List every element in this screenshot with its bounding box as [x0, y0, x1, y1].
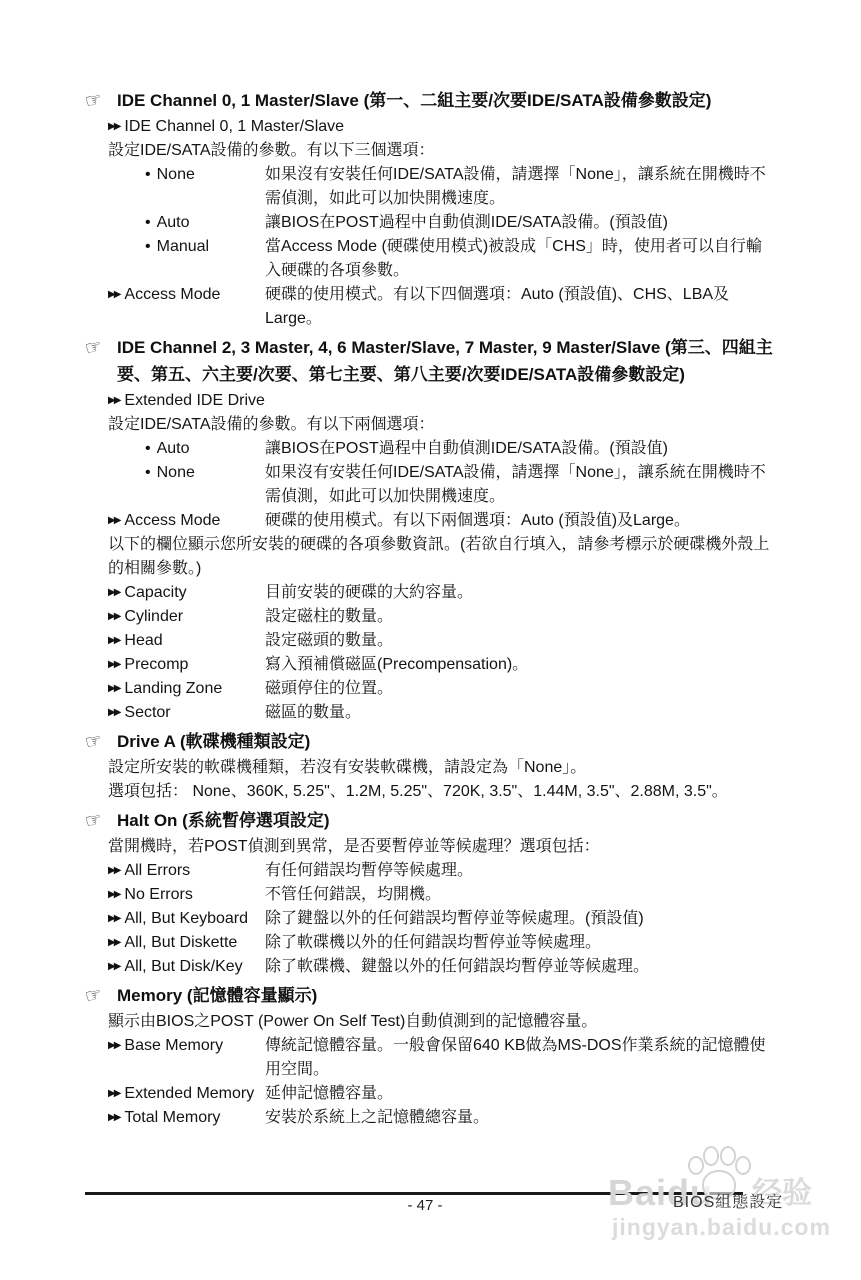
- item-label: ▶▶Capacity: [108, 581, 265, 605]
- paragraph: 選項包括： None、360K, 5.25"、1.2M, 5.25"、720K,…: [108, 780, 775, 804]
- footer-section-label: BIOS組態設定: [673, 1189, 783, 1212]
- item-row: ▶▶Cylinder設定磁柱的數量。: [108, 605, 777, 629]
- section-title: Halt On (系統暫停選項設定): [117, 807, 777, 834]
- double-arrow-icon: ▶▶: [108, 581, 119, 605]
- item-label: ▶▶Base Memory: [108, 1034, 265, 1058]
- section-title: Memory (記憶體容量顯示): [117, 982, 777, 1009]
- item-description: 延伸記憶體容量。: [265, 1082, 777, 1106]
- item-label: ▶▶Head: [108, 629, 265, 653]
- double-arrow-icon: ▶▶: [108, 509, 119, 533]
- section-body: 設定所安裝的軟碟機種類，若沒有安裝軟碟機，請設定為「None」。選項包括： No…: [108, 756, 777, 804]
- item-label: ▶▶All Errors: [108, 859, 265, 883]
- item-description: 不管任何錯誤，均開機。: [265, 883, 777, 907]
- bullet-row: •Auto讓BIOS在POST過程中自動偵測IDE/SATA設備。(預設值): [108, 211, 777, 235]
- paragraph: 以下的欄位顯示您所安裝的硬碟的各項參數資訊。(若欲自行填入，請參考標示於硬碟機外…: [108, 533, 775, 581]
- pointing-hand-icon: ☞: [83, 725, 120, 757]
- bullet-label: •None: [108, 163, 265, 187]
- section-body: 顯示由BIOS之POST (Power On Self Test)自動偵測到的記…: [108, 1010, 777, 1130]
- item-description: 設定磁柱的數量。: [265, 605, 777, 629]
- item-description: 磁區的數量。: [265, 701, 777, 725]
- double-arrow-icon: ▶▶: [108, 283, 119, 307]
- bullet-icon: •: [145, 461, 151, 485]
- pointing-hand-icon: ☞: [83, 979, 120, 1011]
- section-header: ☞IDE Channel 0, 1 Master/Slave (第一、二組主要/…: [85, 87, 777, 114]
- item-row: ▶▶All, But Keyboard除了鍵盤以外的任何錯誤均暫停並等候處理。(…: [108, 907, 777, 931]
- section: ☞IDE Channel 2, 3 Master, 4, 6 Master/Sl…: [85, 334, 777, 725]
- double-arrow-icon: ▶▶: [108, 677, 119, 701]
- bullet-label: •Manual: [108, 235, 265, 259]
- paragraph: 顯示由BIOS之POST (Power On Self Test)自動偵測到的記…: [108, 1010, 775, 1034]
- item-row: ▶▶Precomp寫入預補償磁區(Precompensation)。: [108, 653, 777, 677]
- item-row: ▶▶Head設定磁頭的數量。: [108, 629, 777, 653]
- item-label: ▶▶Access Mode: [108, 283, 265, 307]
- section: ☞Memory (記憶體容量顯示)顯示由BIOS之POST (Power On …: [85, 982, 777, 1130]
- double-arrow-icon: ▶▶: [108, 605, 119, 629]
- item-row: ▶▶Access Mode硬碟的使用模式。有以下四個選項：Auto (預設值)、…: [108, 283, 777, 331]
- sub-item-label: ▶▶Extended IDE Drive: [108, 389, 265, 413]
- sections: ☞IDE Channel 0, 1 Master/Slave (第一、二組主要/…: [85, 84, 777, 1130]
- item-description: 有任何錯誤均暫停等候處理。: [265, 859, 777, 883]
- pointing-hand-icon: ☞: [83, 331, 120, 363]
- bullet-description: 讓BIOS在POST過程中自動偵測IDE/SATA設備。(預設值): [265, 437, 777, 461]
- item-label: ▶▶Access Mode: [108, 509, 265, 533]
- watermark-url: jingyan.baidu.com: [612, 1214, 831, 1241]
- bullet-icon: •: [145, 437, 151, 461]
- pointing-hand-icon: ☞: [83, 84, 120, 116]
- section-header: ☞Drive A (軟碟機種類設定): [85, 728, 777, 755]
- item-description: 除了軟碟機以外的任何錯誤均暫停並等候處理。: [265, 931, 777, 955]
- sub-item-row: ▶▶IDE Channel 0, 1 Master/Slave: [108, 115, 777, 139]
- double-arrow-icon: ▶▶: [108, 859, 119, 883]
- item-row: ▶▶Total Memory安裝於系統上之記憶體總容量。: [108, 1106, 777, 1130]
- item-label: ▶▶Extended Memory: [108, 1082, 265, 1106]
- bullet-description: 如果沒有安裝任何IDE/SATA設備，請選擇「None」，讓系統在開機時不需偵測…: [265, 163, 777, 211]
- paragraph: 設定所安裝的軟碟機種類，若沒有安裝軟碟機，請設定為「None」。: [108, 756, 775, 780]
- double-arrow-icon: ▶▶: [108, 701, 119, 725]
- bullet-label: •None: [108, 461, 265, 485]
- bullet-icon: •: [145, 163, 151, 187]
- item-description: 硬碟的使用模式。有以下四個選項：Auto (預設值)、CHS、LBA及Large…: [265, 283, 777, 331]
- section-title: IDE Channel 2, 3 Master, 4, 6 Master/Sla…: [117, 334, 777, 388]
- section-title: Drive A (軟碟機種類設定): [117, 728, 777, 755]
- item-row: ▶▶Extended Memory延伸記憶體容量。: [108, 1082, 777, 1106]
- item-description: 除了鍵盤以外的任何錯誤均暫停並等候處理。(預設值): [265, 907, 777, 931]
- double-arrow-icon: ▶▶: [108, 629, 119, 653]
- bullet-description: 當Access Mode (硬碟使用模式)被設成「CHS」時，使用者可以自行輸入…: [265, 235, 777, 283]
- pointing-hand-icon: ☞: [83, 804, 120, 836]
- double-arrow-icon: ▶▶: [108, 931, 119, 955]
- manual-page: ☞IDE Channel 0, 1 Master/Slave (第一、二組主要/…: [0, 0, 861, 1280]
- item-label: ▶▶All, But Diskette: [108, 931, 265, 955]
- item-row: ▶▶Landing Zone磁頭停住的位置。: [108, 677, 777, 701]
- bullet-icon: •: [145, 235, 151, 259]
- paragraph: 設定IDE/SATA設備的參數。有以下三個選項：: [108, 139, 775, 163]
- bullet-description: 讓BIOS在POST過程中自動偵測IDE/SATA設備。(預設值): [265, 211, 777, 235]
- double-arrow-icon: ▶▶: [108, 907, 119, 931]
- section-header: ☞Memory (記憶體容量顯示): [85, 982, 777, 1009]
- double-arrow-icon: ▶▶: [108, 883, 119, 907]
- item-label: ▶▶Cylinder: [108, 605, 265, 629]
- item-description: 設定磁頭的數量。: [265, 629, 777, 653]
- item-label: ▶▶Total Memory: [108, 1106, 265, 1130]
- item-row: ▶▶All, But Disk/Key除了軟碟機、鍵盤以外的任何錯誤均暫停並等候…: [108, 955, 777, 979]
- bullet-row: •None如果沒有安裝任何IDE/SATA設備，請選擇「None」，讓系統在開機…: [108, 461, 777, 509]
- section-title: IDE Channel 0, 1 Master/Slave (第一、二組主要/次…: [117, 87, 777, 114]
- item-row: ▶▶Access Mode硬碟的使用模式。有以下兩個選項：Auto (預設值)及…: [108, 509, 777, 533]
- item-row: ▶▶Capacity目前安裝的硬碟的大約容量。: [108, 581, 777, 605]
- paragraph: 當開機時，若POST偵測到異常，是否要暫停並等候處理？選項包括：: [108, 835, 775, 859]
- double-arrow-icon: ▶▶: [108, 955, 119, 979]
- item-label: ▶▶Landing Zone: [108, 677, 265, 701]
- section: ☞Halt On (系統暫停選項設定)當開機時，若POST偵測到異常，是否要暫停…: [85, 807, 777, 979]
- sub-item-label: ▶▶IDE Channel 0, 1 Master/Slave: [108, 115, 344, 139]
- bullet-icon: •: [145, 211, 151, 235]
- double-arrow-icon: ▶▶: [108, 389, 119, 413]
- double-arrow-icon: ▶▶: [108, 1106, 119, 1130]
- item-row: ▶▶All, But Diskette除了軟碟機以外的任何錯誤均暫停並等候處理。: [108, 931, 777, 955]
- item-label: ▶▶Precomp: [108, 653, 265, 677]
- section: ☞IDE Channel 0, 1 Master/Slave (第一、二組主要/…: [85, 87, 777, 331]
- section: ☞Drive A (軟碟機種類設定)設定所安裝的軟碟機種類，若沒有安裝軟碟機，請…: [85, 728, 777, 804]
- item-description: 除了軟碟機、鍵盤以外的任何錯誤均暫停並等候處理。: [265, 955, 777, 979]
- double-arrow-icon: ▶▶: [108, 653, 119, 677]
- item-description: 磁頭停住的位置。: [265, 677, 777, 701]
- double-arrow-icon: ▶▶: [108, 115, 119, 139]
- item-description: 傳統記憶體容量。一般會保留640 KB做為MS-DOS作業系統的記憶體使用空間。: [265, 1034, 777, 1082]
- item-description: 安裝於系統上之記憶體總容量。: [265, 1106, 777, 1130]
- item-row: ▶▶All Errors有任何錯誤均暫停等候處理。: [108, 859, 777, 883]
- bullet-label: •Auto: [108, 211, 265, 235]
- sub-item-row: ▶▶Extended IDE Drive: [108, 389, 777, 413]
- section-body: 當開機時，若POST偵測到異常，是否要暫停並等候處理？選項包括：▶▶All Er…: [108, 835, 777, 979]
- paragraph: 設定IDE/SATA設備的參數。有以下兩個選項：: [108, 413, 775, 437]
- item-row: ▶▶Base Memory傳統記憶體容量。一般會保留640 KB做為MS-DOS…: [108, 1034, 777, 1082]
- item-description: 寫入預補償磁區(Precompensation)。: [265, 653, 777, 677]
- bullet-row: •None如果沒有安裝任何IDE/SATA設備，請選擇「None」，讓系統在開機…: [108, 163, 777, 211]
- bullet-description: 如果沒有安裝任何IDE/SATA設備，請選擇「None」，讓系統在開機時不需偵測…: [265, 461, 777, 509]
- item-row: ▶▶No Errors不管任何錯誤，均開機。: [108, 883, 777, 907]
- section-header: ☞IDE Channel 2, 3 Master, 4, 6 Master/Sl…: [85, 334, 777, 388]
- bullet-row: •Manual當Access Mode (硬碟使用模式)被設成「CHS」時，使用…: [108, 235, 777, 283]
- double-arrow-icon: ▶▶: [108, 1034, 119, 1058]
- item-label: ▶▶All, But Disk/Key: [108, 955, 265, 979]
- item-label: ▶▶All, But Keyboard: [108, 907, 265, 931]
- section-body: ▶▶Extended IDE Drive設定IDE/SATA設備的參數。有以下兩…: [108, 389, 777, 725]
- item-label: ▶▶No Errors: [108, 883, 265, 907]
- bullet-label: •Auto: [108, 437, 265, 461]
- double-arrow-icon: ▶▶: [108, 1082, 119, 1106]
- section-body: ▶▶IDE Channel 0, 1 Master/Slave設定IDE/SAT…: [108, 115, 777, 331]
- section-header: ☞Halt On (系統暫停選項設定): [85, 807, 777, 834]
- item-description: 硬碟的使用模式。有以下兩個選項：Auto (預設值)及Large。: [265, 509, 777, 533]
- bullet-row: •Auto讓BIOS在POST過程中自動偵測IDE/SATA設備。(預設值): [108, 437, 777, 461]
- item-description: 目前安裝的硬碟的大約容量。: [265, 581, 777, 605]
- item-row: ▶▶Sector磁區的數量。: [108, 701, 777, 725]
- item-label: ▶▶Sector: [108, 701, 265, 725]
